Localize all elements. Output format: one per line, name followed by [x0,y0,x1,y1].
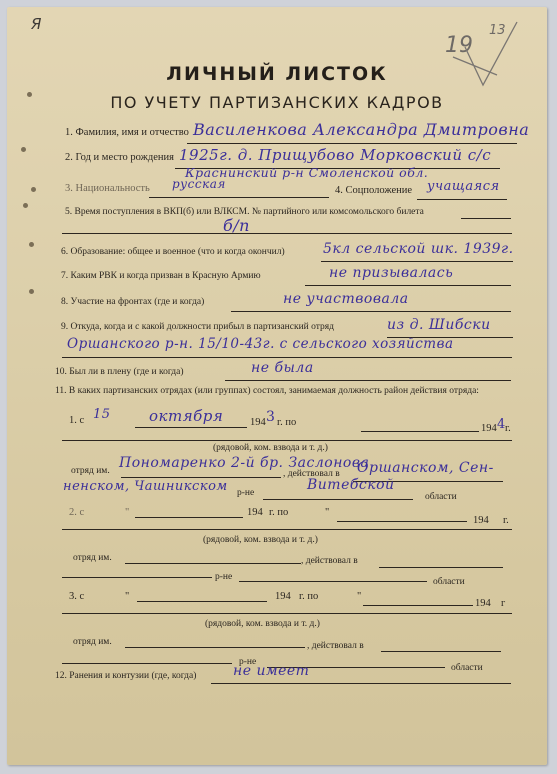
field-label-birth: 2. Год и место рождения [65,152,174,163]
document-subtitle: ПО УЧЕТУ ПАРТИЗАНСКИХ КАДРОВ [7,93,547,112]
entry3-detachment-label: отряд им. [73,637,112,647]
binder-hole [23,203,28,208]
entry1-position-hint: (рядовой, ком. взвода и т. д.) [213,443,328,453]
entry2-region-label: области [433,577,465,587]
entry2-year-suffix: г. [503,515,509,526]
corner-page-mark: Я [31,15,41,33]
entry1-num: 1. с [69,415,84,426]
entry2-g-po: г. по [269,507,288,518]
field-value-wounds: не имеет [233,663,309,679]
entry2-year-from-prefix: 194 [247,507,263,518]
entry3-quote: " [125,591,129,602]
field-label-nationality: 3. Национальность [65,183,150,194]
entry2-acted-label: , действовал в [301,556,358,566]
entry3-region-label: области [451,663,483,673]
entry2-year-to-prefix: 194 [473,515,489,526]
field-value-captivity: не была [251,360,314,376]
field-label-name: 1. Фамилия, имя и отчество [65,127,189,138]
entry1-year-suffix: г. [505,423,511,434]
entry1-detachment-label: отряд им. [71,466,110,476]
field-value-front: не участвовала [283,291,409,307]
field-label-social: 4. Соцположение [335,185,412,196]
document-sheet: Я 19 13 ЛИЧНЫЙ ЛИСТОК ПО УЧЕТУ ПАРТИЗАНС… [7,7,547,765]
section11-label: 11. В каких партизанских отрядах (или гр… [55,385,515,397]
binder-hole [31,187,36,192]
field-label-army: 7. Каким РВК и когда призван в Красную А… [61,271,261,281]
field-value-party: б/п [223,216,250,235]
field-label-front: 8. Участие на фронтах (где и когда) [61,297,204,307]
field-value-arrival: из д. Шибски [387,317,491,333]
field-value-nationality: русская [172,177,226,191]
entry1-region-label: области [425,492,457,502]
field-label-wounds: 12. Ранения и контузии (где, когда) [55,671,196,681]
entry2-rne: р-не [215,572,232,582]
field-label-education: 6. Образование: общее и военное (что и к… [61,247,285,257]
entry1-district: Оршанском, Сен- [357,460,494,476]
entry3-num: 3. с [69,591,84,602]
field-value-education: 5кл сельской шк. 1939г. [323,241,514,257]
entry3-year-suffix: г [501,598,505,609]
field-value-army: не призывалась [329,265,453,281]
field-label-arrival: 9. Откуда, когда и с какой должности при… [61,322,334,332]
entry3-acted-label: , действовал в [307,641,364,651]
entry2-num: 2. с [69,507,84,518]
entry1-district-line2: ненском, Чашникском [63,479,228,494]
entry2-position-hint: (рядовой, ком. взвода и т. д.) [203,535,318,545]
binder-hole [21,147,26,152]
field-value-arrival-line2: Оршанского р-н. 15/10-43г. с сельского х… [67,336,454,352]
binder-hole [29,289,34,294]
entry3-year-from-prefix: 194 [275,591,291,602]
entry1-g-po: г. по [277,417,296,428]
entry1-region: Витебской [307,477,395,493]
entry1-month: октября [149,407,223,425]
field-label-captivity: 10. Был ли в плену (где и когда) [55,367,184,377]
field-value-birth: 1925г. д. Прищубово Морковский с/с [179,146,491,164]
entry1-rne: р-не [237,488,254,498]
entry2-quote: " [125,507,129,518]
entry2-detachment-label: отряд им. [73,553,112,563]
entry3-quote-to: " [357,591,361,602]
entry3-position-hint: (рядовой, ком. взвода и т. д.) [205,619,320,629]
entry2-quote-to: " [325,507,329,518]
entry3-g-po: г. по [299,591,318,602]
field-value-social: учащаяся [427,179,500,194]
entry1-year-from-digit: 3 [266,409,275,425]
entry3-year-to-prefix: 194 [475,598,491,609]
binder-hole [29,242,34,247]
entry1-year-from-prefix: 194 [250,417,266,428]
entry1-day: 15 [93,407,111,422]
entry1-year-to-prefix: 194 [481,423,497,434]
document-title: ЛИЧНЫЙ ЛИСТОК [7,63,547,85]
field-value-name: Василенкова Александра Дмитровна [193,120,529,139]
